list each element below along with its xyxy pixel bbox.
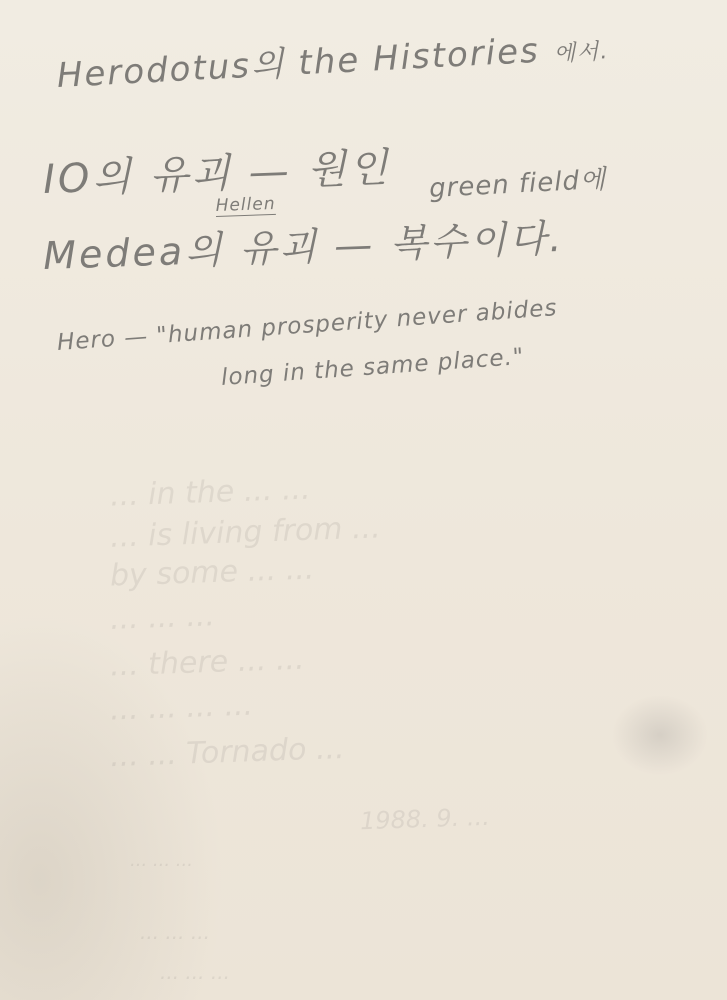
bleed-through-text: ... ... ... ...: [109, 688, 253, 728]
note-line-herodotus-suffix: 에서.: [553, 39, 610, 67]
bleed-through-text: ... ... Tornado ...: [109, 731, 345, 774]
bleed-through-text: ... ... ...: [130, 850, 193, 871]
note-line-hero-quote-continuation: long in the same place.": [220, 344, 525, 391]
note-line-medea: Medea의 유괴 — 복수이다.: [42, 207, 565, 280]
note-line-herodotus: Herodotus의 the Histories에서.: [55, 19, 610, 97]
bleed-through-text: ... ... ...: [160, 960, 230, 984]
bleed-through-text: ... is living from ...: [109, 510, 381, 554]
bleed-through-text: by some ... ...: [109, 551, 314, 593]
note-annotation-green-field: green field에: [428, 159, 607, 205]
bleed-through-text: ... in the ... ...: [109, 472, 311, 514]
note-annotation-hellen: Hellen: [215, 194, 276, 216]
note-line-io: IO의 유괴 — 원인: [42, 136, 391, 205]
bleed-through-text: ... ... ...: [109, 598, 215, 637]
note-line-herodotus-text: Herodotus의 the Histories: [56, 31, 541, 96]
notebook-page: ... in the ... ... ... is living from ..…: [0, 0, 727, 1000]
bleed-through-text: ... ... ...: [140, 920, 210, 944]
bleed-through-text: 1988. 9. ...: [360, 803, 491, 836]
bleed-through-text: ... there ... ...: [109, 642, 305, 684]
